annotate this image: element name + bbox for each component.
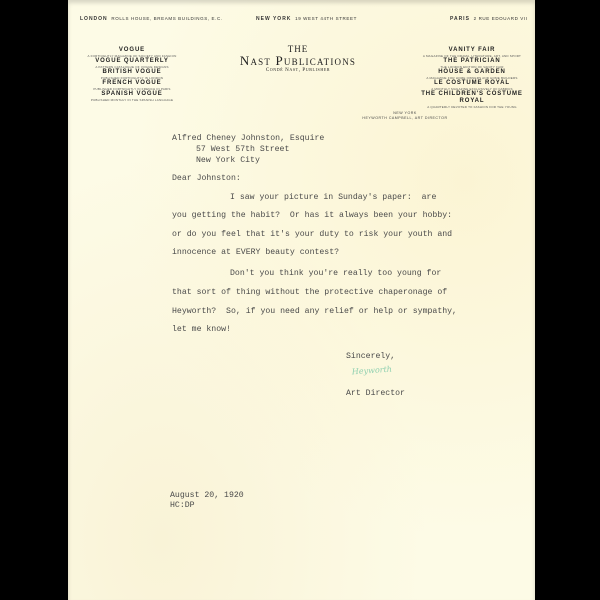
body-line: Heyworth? So, if you need any relief or …: [172, 307, 457, 317]
magazine-desc: A quarterly devoted to fashion for the y…: [412, 105, 532, 109]
magazine-name: Vogue: [72, 47, 192, 54]
magazine-name: House & Garden: [412, 69, 532, 76]
typist-initials: HC:DP: [170, 501, 195, 511]
magazine-desc: Published monthly in the Spanish languag…: [72, 98, 192, 102]
title-publisher: Condé Nast, Publisher: [238, 67, 358, 75]
left-magazine-list: Vogue A fortnightly magazine of society …: [72, 47, 192, 102]
department-person: Heyworth Campbell, Art Director: [345, 116, 465, 121]
department-info: New York Heyworth Campbell, Art Director: [345, 111, 465, 121]
paris-city: Paris: [450, 16, 470, 22]
magazine-name: Le Costume Royal: [412, 80, 532, 87]
magazine-name: The Patrician: [412, 58, 532, 65]
title-name: Nast Publications: [238, 54, 358, 67]
new-york-address: New York 19 West 44th Street: [256, 16, 357, 22]
recipient-name: Alfred Cheney Johnston, Esquire: [172, 134, 324, 144]
signer-title: Art Director: [346, 389, 405, 399]
salutation: Dear Johnston:: [172, 174, 241, 184]
recipient-street: 57 West 57th Street: [196, 145, 289, 155]
paris-address: Paris 2 Rue Edouard VII: [450, 16, 528, 22]
body-line: let me know!: [172, 325, 231, 335]
body-line: I saw your picture in Sunday's paper: ar…: [230, 193, 436, 203]
body-line: Don't you think you're really too young …: [230, 269, 441, 279]
body-line: or do you feel that it's your duty to ri…: [172, 230, 452, 240]
letter-date: August 20, 1920: [170, 491, 244, 501]
closing: Sincerely,: [346, 352, 395, 362]
magazine-name: Vogue Quarterly: [72, 58, 192, 65]
publisher-title: The Nast Publications Condé Nast, Publis…: [238, 44, 358, 75]
magazine-name: The Children's Costume Royal: [412, 91, 532, 105]
new-york-street: 19 West 44th Street: [295, 16, 357, 21]
body-line: you getting the habit? Or has it always …: [172, 211, 452, 221]
recipient-city: New York City: [196, 156, 260, 166]
body-line: that sort of thing without the protectiv…: [172, 288, 447, 298]
new-york-city: New York: [256, 16, 291, 22]
magazine-name: British Vogue: [72, 69, 192, 76]
right-magazine-list: Vanity Fair A magazine of the drama, lit…: [412, 47, 532, 109]
london-address: London Rolls House, Breams Buildings, E.…: [80, 16, 223, 22]
london-street: Rolls House, Breams Buildings, E.C.: [111, 16, 222, 21]
magazine-name: Vanity Fair: [412, 47, 532, 54]
magazine-name: Spanish Vogue: [72, 91, 192, 98]
body-line: innocence at EVERY beauty contest?: [172, 248, 339, 258]
london-city: London: [80, 16, 108, 22]
magazine-name: French Vogue: [72, 80, 192, 87]
handwritten-signature: Heyworth: [352, 365, 393, 382]
paris-street: 2 Rue Edouard VII: [474, 16, 528, 21]
